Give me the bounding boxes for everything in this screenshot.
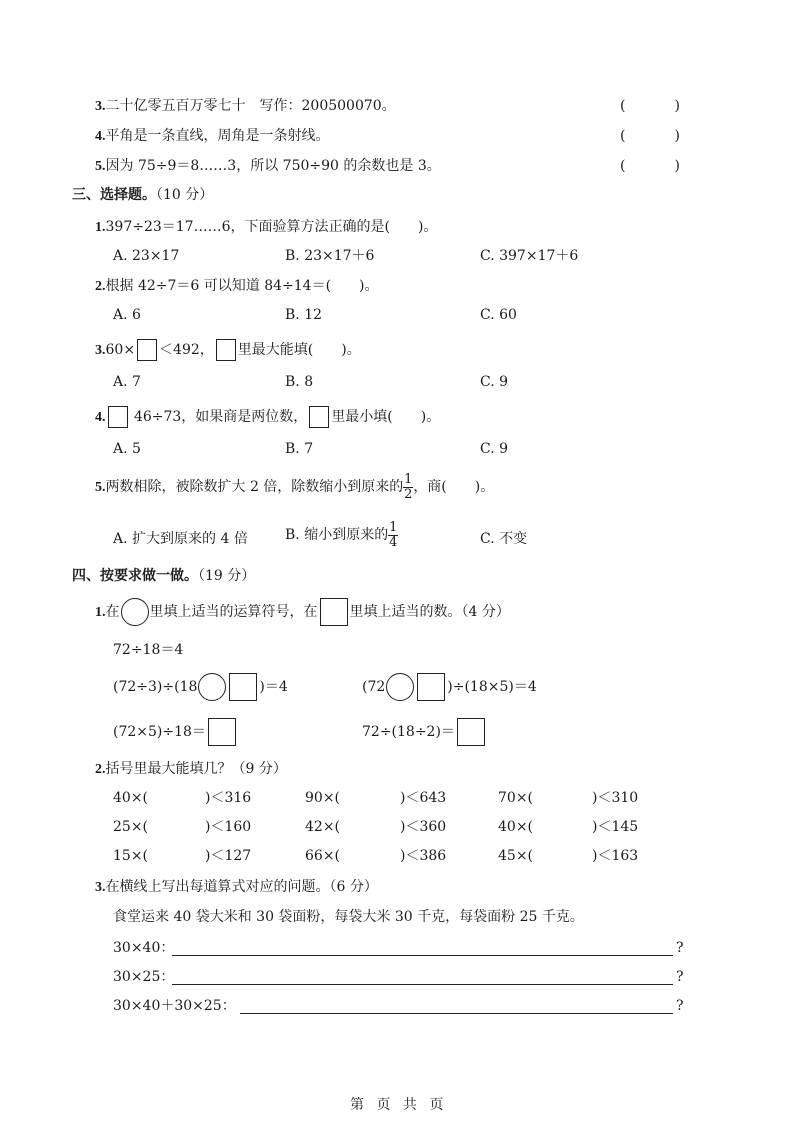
item-text: 平角是一条直线，周角是一条射线。	[106, 128, 330, 144]
option-c: C. 9	[480, 373, 508, 391]
judge-item-3: 3.二十亿零五百万零七十 写作：200500070。	[95, 97, 396, 116]
item-number: 5.	[95, 480, 106, 495]
ineq-r2c3-left[interactable]: 40×(	[498, 818, 533, 836]
option-b: B. 缩小到原来的14	[285, 520, 398, 550]
question-text: 括号里最大能填几？（9 分）	[106, 761, 287, 777]
ineq-r3c2-left[interactable]: 66×(	[305, 847, 340, 865]
question-text-mid: 里填上适当的运算符号，在	[150, 604, 318, 620]
item-number: 3.	[95, 99, 106, 114]
section-heading: 三、选择题。	[72, 187, 156, 203]
fraction-denominator: 2	[404, 488, 412, 502]
ineq-r3c1-left[interactable]: 15×(	[113, 847, 148, 865]
blank-box-ref	[309, 406, 329, 428]
ineq-r2c3-right: )＜145	[592, 818, 638, 836]
paren-close: )	[675, 157, 680, 175]
number-box-input[interactable]	[229, 673, 257, 701]
section-title-practice: 四、按要求做一做。（19 分）	[72, 567, 255, 585]
equation-4: 72÷(18÷2)＝	[362, 717, 487, 747]
answer-label-2: 30×25：	[113, 968, 174, 986]
question-text-post: 里填上适当的数。（4 分）	[350, 604, 510, 620]
option-a: A. 6	[113, 306, 141, 324]
option-c: C. 60	[480, 306, 517, 324]
question-text-pre: 两数相除，被除数扩大 2 倍，除数缩小到原来的	[106, 479, 404, 495]
given-equation: 72÷18＝4	[113, 641, 183, 659]
item-text: 因为 75÷9＝8……3，所以 750÷90 的余数也是 3。	[106, 158, 441, 174]
option-b: B. 23×17＋6	[285, 247, 374, 265]
word-problem-context: 食堂运来 40 袋大米和 30 袋面粉，每袋大米 30 千克，每袋面粉 25 千…	[113, 908, 584, 926]
number-box-input[interactable]	[208, 718, 236, 746]
practice-q1: 1.在里填上适当的运算符号，在里填上适当的数。（4 分）	[95, 597, 510, 628]
answer-blank[interactable]: ()	[620, 97, 680, 115]
question-text-pre: 在	[106, 604, 120, 620]
section-points: （19 分）	[198, 568, 255, 584]
paren-close: )	[675, 97, 680, 115]
question-text-mid: 46÷73，如果商是两位数，	[130, 409, 308, 425]
answer-label-1: 30×40：	[113, 939, 174, 957]
choice-q5: 5.两数相除，被除数扩大 2 倍，除数缩小到原来的12，商( )。	[95, 472, 494, 503]
item-number: 3.	[95, 880, 106, 895]
ineq-r2c1-right: )＜160	[205, 818, 251, 836]
ineq-r2c1-left[interactable]: 25×(	[113, 818, 148, 836]
answer-line-1[interactable]	[172, 955, 673, 956]
option-b-text: B. 缩小到原来的	[285, 527, 388, 543]
answer-blank[interactable]: ()	[620, 157, 680, 175]
choice-q1: 1.397÷23＝17……6，下面验算方法正确的是( )。	[95, 218, 437, 237]
choice-q3: 3.60×＜492，里最大能填( )。	[95, 339, 361, 362]
item-number: 4.	[95, 410, 106, 425]
option-b: B. 12	[285, 306, 322, 324]
section-points: （10 分）	[156, 187, 213, 203]
equation-1: (72÷3)÷(18)＝4	[113, 672, 288, 702]
fraction-denominator: 4	[389, 536, 397, 550]
section-heading: 四、按要求做一做。	[72, 568, 198, 584]
section-title-choice: 三、选择题。（10 分）	[72, 186, 213, 204]
question-text: 在横线上写出每道算式对应的问题。（6 分）	[106, 879, 378, 895]
question-text-mid: ＜492，	[159, 342, 214, 358]
equation-text: )＝4	[259, 679, 287, 695]
ineq-r1c3-right: )＜310	[592, 789, 638, 807]
question-text-post: ，商( )。	[413, 479, 494, 495]
ineq-r1c1-left[interactable]: 40×(	[113, 789, 148, 807]
item-number: 1.	[95, 605, 106, 620]
ineq-r2c2-right: )＜360	[400, 818, 446, 836]
option-c: C. 不变	[480, 524, 527, 554]
fraction-one-quarter: 14	[388, 521, 398, 550]
choice-q4: 4. 46÷73，如果商是两位数，里最小填( )。	[95, 406, 440, 429]
circle-symbol	[121, 598, 149, 626]
practice-q2: 2.括号里最大能填几？（9 分）	[95, 760, 287, 779]
paren-close: )	[675, 127, 680, 145]
equation-text: (72	[362, 679, 385, 695]
ineq-r1c2-right: )＜643	[400, 789, 446, 807]
blank-box[interactable]	[108, 406, 128, 428]
answer-line-3[interactable]	[240, 1013, 673, 1014]
box-symbol	[320, 598, 348, 626]
item-text: 二十亿零五百万零七十 写作：200500070。	[106, 98, 396, 114]
question-mark: ?	[676, 939, 684, 957]
ineq-r3c1-right: )＜127	[205, 847, 251, 865]
paren-open: (	[620, 127, 625, 145]
operator-circle-input[interactable]	[198, 673, 226, 701]
answer-blank[interactable]: ()	[620, 127, 680, 145]
option-c: C. 397×17＋6	[480, 247, 578, 265]
option-a: A. 5	[113, 440, 141, 458]
fraction-numerator: 1	[389, 521, 397, 535]
equation-text: (72×5)÷18＝	[113, 724, 206, 740]
ineq-r2c2-left[interactable]: 42×(	[305, 818, 340, 836]
question-text: 397÷23＝17……6，下面验算方法正确的是( )。	[106, 219, 438, 235]
item-number: 5.	[95, 159, 106, 174]
option-b: B. 7	[285, 440, 313, 458]
equation-text: (72÷3)÷(18	[113, 679, 197, 695]
option-a: A. 23×17	[113, 247, 179, 265]
ineq-r3c3-right: )＜163	[592, 847, 638, 865]
equation-text: )÷(18×5)＝4	[447, 679, 536, 695]
question-text: 根据 42÷7＝6 可以知道 84÷14＝( )。	[106, 278, 379, 294]
item-number: 2.	[95, 279, 106, 294]
page-footer: 第 页 共 页	[350, 1096, 447, 1114]
ineq-r3c3-left[interactable]: 45×(	[498, 847, 533, 865]
ineq-r1c3-left[interactable]: 70×(	[498, 789, 533, 807]
ineq-r1c2-left[interactable]: 90×(	[305, 789, 340, 807]
question-text-pre: 60×	[106, 342, 136, 358]
item-number: 1.	[95, 220, 106, 235]
question-mark: ?	[676, 997, 684, 1015]
paren-open: (	[620, 157, 625, 175]
option-c: C. 9	[480, 440, 508, 458]
number-box-input[interactable]	[457, 718, 485, 746]
paren-open: (	[620, 97, 625, 115]
question-text-post: 里最小填( )。	[331, 409, 440, 425]
blank-box[interactable]	[137, 339, 157, 361]
equation-3: (72×5)÷18＝	[113, 717, 238, 747]
choice-q2: 2.根据 42÷7＝6 可以知道 84÷14＝( )。	[95, 277, 379, 296]
operator-circle-input[interactable]	[386, 673, 414, 701]
option-a: A. 扩大到原来的 4 倍	[113, 524, 248, 554]
judge-item-5: 5.因为 75÷9＝8……3，所以 750÷90 的余数也是 3。	[95, 157, 441, 176]
item-number: 2.	[95, 762, 106, 777]
ineq-r3c2-right: )＜386	[400, 847, 446, 865]
equation-text: 72÷(18÷2)＝	[362, 724, 455, 740]
option-a: A. 7	[113, 373, 141, 391]
item-number: 4.	[95, 129, 106, 144]
number-box-input[interactable]	[417, 673, 445, 701]
answer-label-3: 30×40＋30×25：	[113, 997, 236, 1015]
blank-box-ref	[216, 339, 236, 361]
question-mark: ?	[676, 968, 684, 986]
equation-2: (72)÷(18×5)＝4	[362, 672, 537, 702]
fraction-one-half: 12	[403, 473, 413, 502]
practice-q3: 3.在横线上写出每道算式对应的问题。（6 分）	[95, 878, 378, 897]
answer-line-2[interactable]	[172, 984, 673, 985]
option-b: B. 8	[285, 373, 313, 391]
judge-item-4: 4.平角是一条直线，周角是一条射线。	[95, 127, 330, 146]
question-text-post: 里最大能填( )。	[238, 342, 361, 358]
fraction-numerator: 1	[404, 473, 412, 487]
item-number: 3.	[95, 343, 106, 358]
ineq-r1c1-right: )＜316	[205, 789, 251, 807]
